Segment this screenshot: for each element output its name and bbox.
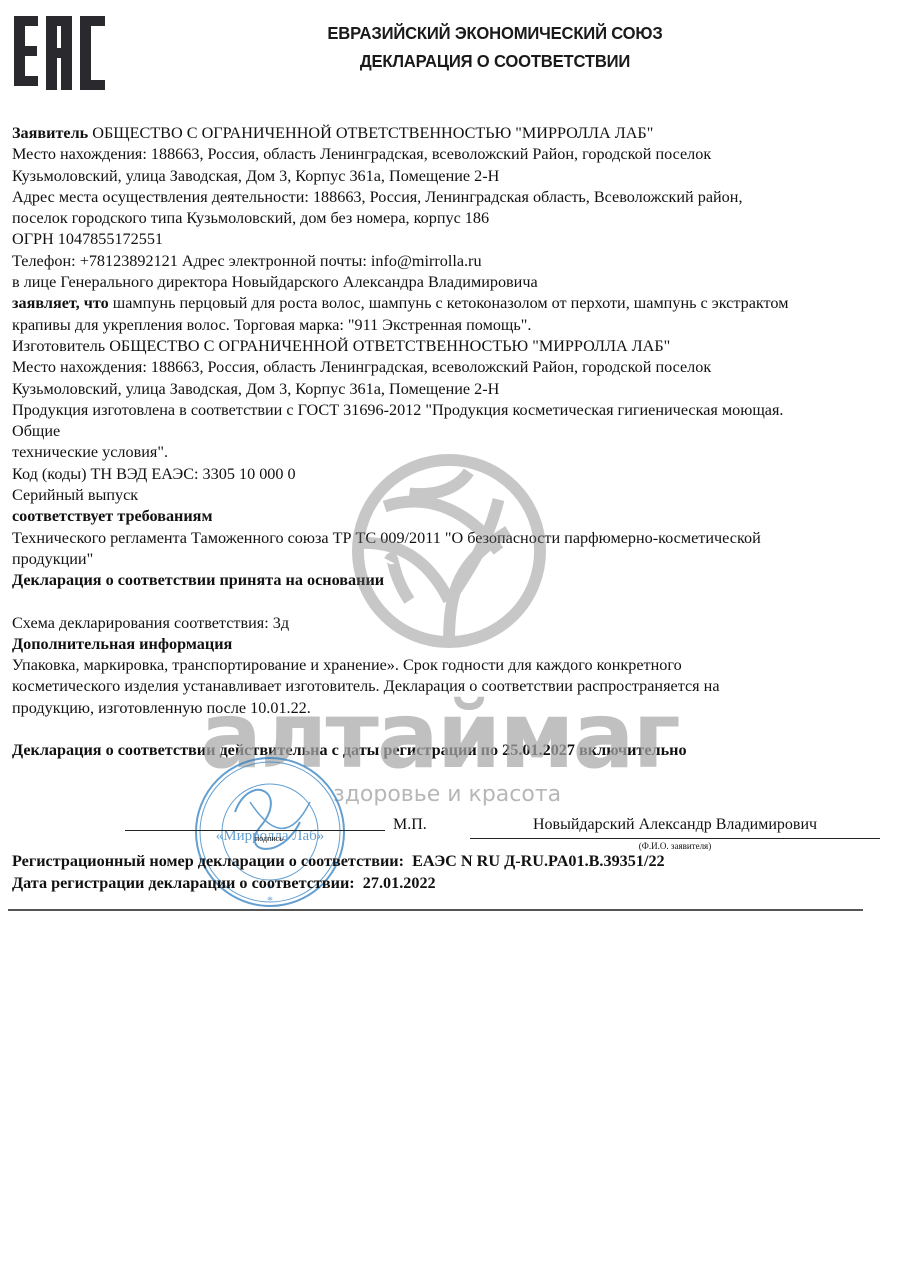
manufacturer: Изготовитель ОБЩЕСТВО С ОГРАНИЧЕННОЙ ОТВ… [12,336,897,357]
seal-place: М.П. [393,816,427,834]
additional-info-label: Дополнительная информация [12,634,897,655]
additional-info-3: продукцию, изготовленную после 10.01.22. [12,698,897,719]
registration-number-label: Регистрационный номер декларации о соотв… [12,852,404,870]
registration-date-value: 27.01.2022 [355,874,436,892]
basis-label: Декларация о соответствии принята на осн… [12,570,897,591]
signature-line [125,830,385,831]
contacts: Телефон: +78123892121 Адрес электронной … [12,251,897,272]
product-list-2: крапивы для укрепления волос. Торговая м… [12,315,897,336]
declares-line: заявляет, что шампунь перцовый для роста… [12,293,897,314]
registration-date: Дата регистрации декларации о соответств… [12,874,436,893]
declaration-scheme: Схема декларирования соответствия: 3д [12,613,897,634]
applicant-line: Заявитель ОБЩЕСТВО С ОГРАНИЧЕННОЙ ОТВЕТС… [12,123,897,144]
release-type: Серийный выпуск [12,485,897,506]
additional-info-1: Упаковка, маркировка, транспортирование … [12,655,897,676]
applicant-fio: Новыйдарский Александр Владимирович [470,816,880,834]
svg-text:*: * [267,893,273,907]
declares-label: заявляет, что [12,294,109,312]
bottom-divider [8,909,863,911]
standard-1: Продукция изготовлена в соответствии с Г… [12,400,897,421]
applicant-name: ОБЩЕСТВО С ОГРАНИЧЕННОЙ ОТВЕТСТВЕННОСТЬЮ… [88,124,653,142]
registration-date-label: Дата регистрации декларации о соответств… [12,874,355,892]
activity-address-2: поселок городского типа Кузьмоловский, д… [12,208,897,229]
additional-info-2: косметического изделия устанавливает изг… [12,676,897,697]
registration-number-value: ЕАЭС N RU Д-RU.PA01.B.39351/22 [404,852,665,870]
ogrn: ОГРН 1047855172551 [12,229,897,250]
manufacturer-location-1: Место нахождения: 188663, Россия, област… [12,357,897,378]
regulation-2: продукции" [12,549,897,570]
document-title: ДЕКЛАРАЦИЯ О СООТВЕТСТВИИ [215,51,776,72]
registration-number: Регистрационный номер декларации о соотв… [12,852,665,871]
activity-address-1: Адрес места осуществления деятельности: … [12,187,897,208]
regulation-1: Технического регламента Таможенного союз… [12,528,897,549]
product-list: шампунь перцовый для роста волос, шампун… [109,294,789,312]
signature-caption: подпись [255,834,283,843]
standard-3: технические условия". [12,442,897,463]
validity-period: Декларация о соответствии действительна … [12,740,897,761]
applicant-location-2: Кузьмоловский, улица Заводская, Дом 3, К… [12,166,897,187]
applicant-label: Заявитель [12,124,88,142]
union-title: ЕВРАЗИЙСКИЙ ЭКОНОМИЧЕСКИЙ СОЮЗ [215,23,776,44]
watermark-tagline: здоровье и красота [333,782,561,807]
compliance-label: соответствует требованиям [12,506,897,527]
eac-mark-icon [12,12,108,90]
tn-ved-code: Код (коды) ТН ВЭД ЕАЭС: 3305 10 000 0 [12,464,897,485]
standard-2: Общие [12,421,897,442]
manufacturer-location-2: Кузьмоловский, улица Заводская, Дом 3, К… [12,379,897,400]
fio-caption: (Ф.И.О. заявителя) [470,841,880,851]
declaration-body: Заявитель ОБЩЕСТВО С ОГРАНИЧЕННОЙ ОТВЕТС… [12,123,897,761]
applicant-location-1: Место нахождения: 188663, Россия, област… [12,144,897,165]
representative: в лице Генерального директора Новыйдарск… [12,272,897,293]
fio-line [470,838,880,839]
